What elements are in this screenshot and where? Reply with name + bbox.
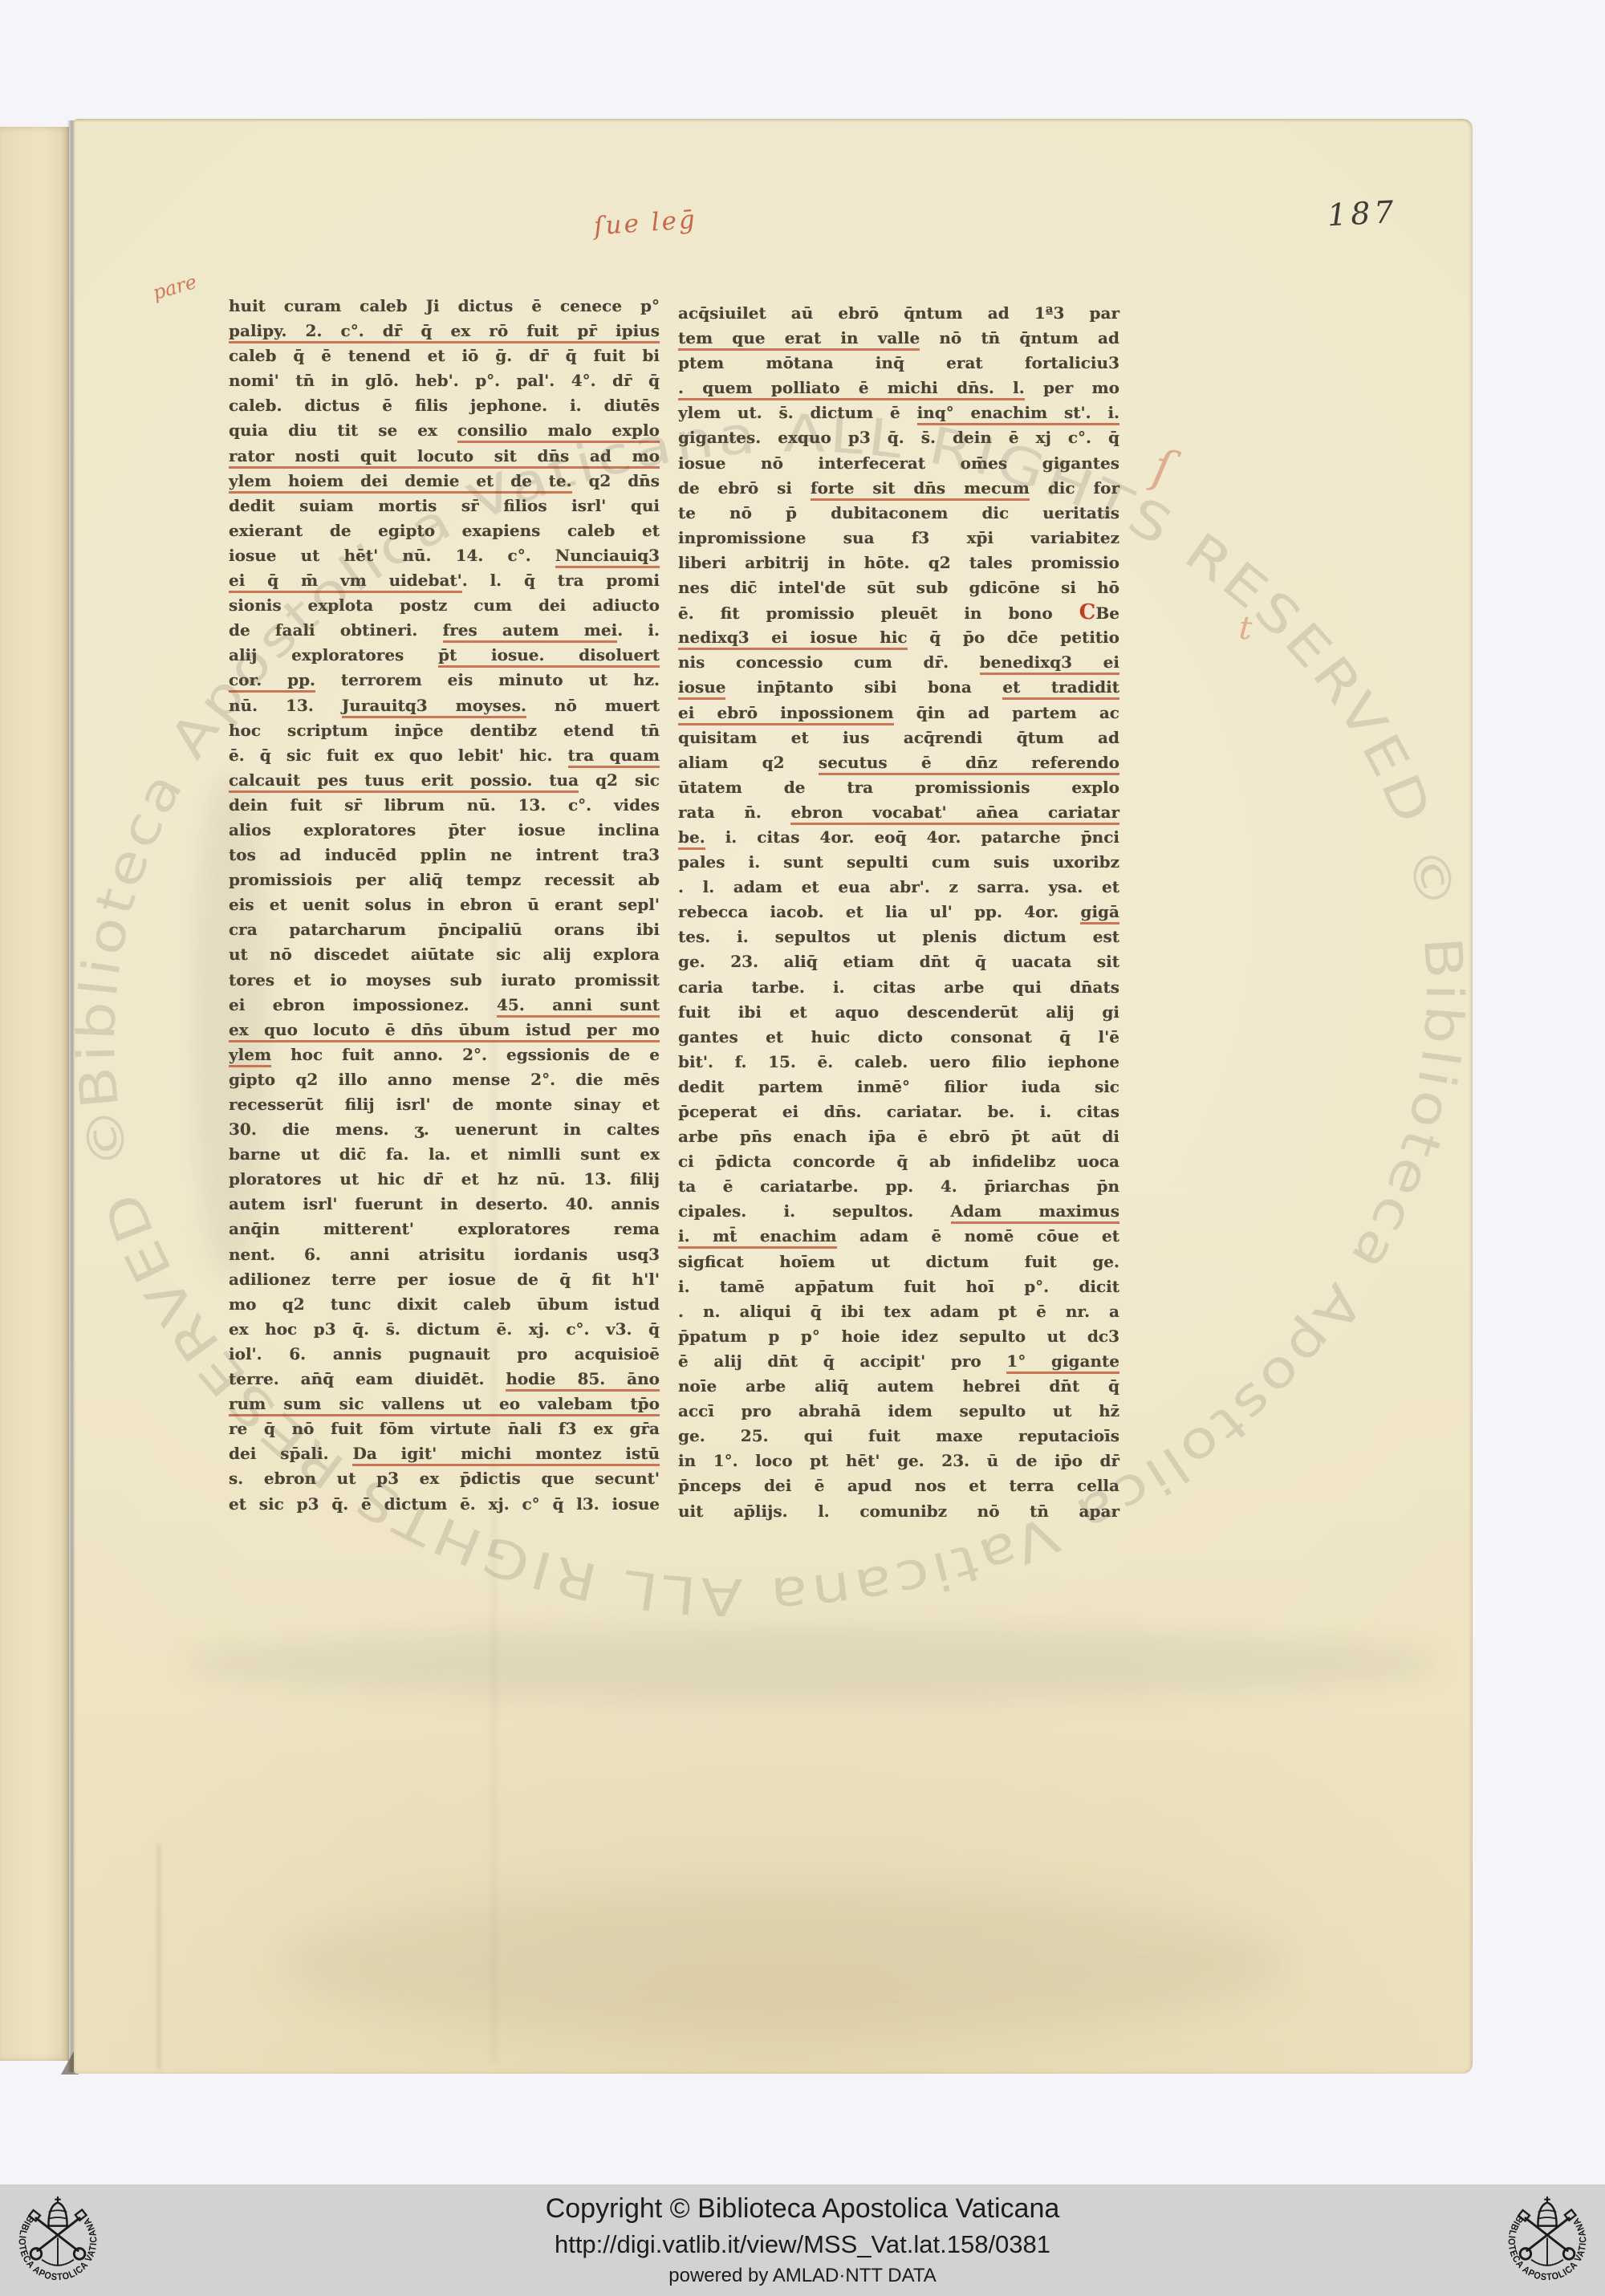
- manuscript-text: dei sp̄ali.: [229, 1444, 352, 1463]
- manuscript-text: alij exploratores: [229, 645, 438, 664]
- manuscript-line: ei ebron impossionez. 45. anni sunt: [229, 993, 660, 1018]
- manuscript-line: exierant de egipto exapiens caleb et: [229, 518, 660, 543]
- manuscript-line: iosue ut hēt' nū. 14. c°. Nunciauiq3: [229, 543, 660, 568]
- manuscript-line: ylem hoc fuit anno. 2°. egssionis de e: [229, 1042, 660, 1067]
- rubricated-underline-text: tra quam: [568, 746, 660, 768]
- manuscript-text: ē. fit promissio pleuēt in bono: [678, 603, 1079, 623]
- manuscript-line: rebecca iacob. et lia ul' pp. 4or. gigā: [678, 900, 1119, 924]
- manuscript-text: ūtatem de tra promissionis explo: [678, 778, 1119, 797]
- manuscript-text: nū. 13.: [229, 696, 342, 715]
- manuscript-line: ploratores ut hic dr̄ et hz nū. 13. fili…: [229, 1167, 660, 1192]
- manuscript-line: 30. die mens. ʒ. uenerunt in caltes: [229, 1117, 660, 1142]
- manuscript-line: uit ap̄lijs. l. comunibz nō tn̄ apar: [678, 1499, 1119, 1524]
- manuscript-text: Be: [1095, 603, 1119, 623]
- manuscript-text: nomi' tn̄ in glō. heb'. p°. pal'. 4°. dr…: [229, 371, 660, 390]
- manuscript-text: cipales. i. sepultos.: [678, 1201, 951, 1221]
- manuscript-text: ex hoc p3 q̄. s̄. dictum ē. xj. c°. v3. …: [229, 1319, 660, 1339]
- rubricated-underline-text: consilio malo explo: [457, 421, 660, 443]
- manuscript-line: terre. an̄q̄ eam diuidēt. hodie 85. āno: [229, 1367, 660, 1392]
- manuscript-line: . l. adam et eua abr'. z sarra. ysa. et: [678, 875, 1119, 900]
- manuscript-text: nent. 6. anni atrisitu iordanis usq3: [229, 1245, 660, 1264]
- rubricated-underline-text: gigā: [1080, 902, 1119, 924]
- rubricated-underline-text: rator nosti quit locuto sit dn̄s ad mo: [229, 446, 660, 469]
- manuscript-line: promissiois per aliq̄ tempz recessit ab: [229, 868, 660, 892]
- manuscript-line: ex hoc p3 q̄. s̄. dictum ē. xj. c°. v3. …: [229, 1317, 660, 1342]
- manuscript-text: arbe pn̄s enach ip̄a ē ebrō p̄t aūt di: [678, 1127, 1119, 1146]
- rubricated-underline-text: ei q̄ m̄ vm uidebat': [229, 571, 462, 593]
- manuscript-text: i. citas 4or. eoq̄ 4or. patarche p̄nci: [705, 827, 1119, 847]
- manuscript-line: rum sum sic vallens ut eo valebam tp̄o: [229, 1392, 660, 1416]
- manuscript-text: ge. 25. qui fuit maxe reputacioīs: [678, 1426, 1119, 1445]
- manuscript-text: ylem ut. s̄. dictum ē: [678, 403, 917, 422]
- manuscript-text: terre. an̄q̄ eam diuidēt.: [229, 1369, 506, 1388]
- manuscript-text: terrorem eis minuto ut hz.: [315, 670, 660, 689]
- manuscript-line: alij exploratores p̄t iosue. disoluert: [229, 643, 660, 668]
- manuscript-line: rator nosti quit locuto sit dn̄s ad mo: [229, 444, 660, 469]
- manuscript-line: caleb q̄ ē tenend et iō ḡ. dr̄ q̄ fuit b…: [229, 343, 660, 368]
- parchment-page: ſue leḡ 187 pare ſ t huit curam caleb Ji…: [74, 119, 1473, 2074]
- folio-number: 187: [1327, 194, 1399, 234]
- manuscript-text: iol'. 6. annis pugnauit pro acquisioē: [229, 1344, 660, 1363]
- manuscript-text: et sic p3 q̄. ē dictum ē. xj. c° q̄ l3. …: [229, 1494, 660, 1514]
- manuscript-text: gantes et huic dicto consonat q̄ l'ē: [678, 1027, 1119, 1046]
- manuscript-text: gigantes. exquo p3 q̄. s̄. dein ē xj c°.…: [678, 428, 1119, 447]
- manuscript-line: gigantes. exquo p3 q̄. s̄. dein ē xj c°.…: [678, 425, 1119, 450]
- manuscript-line: tes. i. sepultos ut plenis dictum est: [678, 924, 1119, 949]
- manuscript-text: uit ap̄lijs. l. comunibz nō tn̄ apar: [678, 1502, 1119, 1521]
- manuscript-line: eis et uenit solus in ebron ū erant sepl…: [229, 892, 660, 917]
- manuscript-text: ē alij dn̄t q̄ accipit' pro: [678, 1351, 1006, 1371]
- manuscript-line: ei ebrō inpossionem q̄in ad partem ac: [678, 701, 1119, 725]
- manuscript-text: anq̄in mitterent' exploratores rema: [229, 1219, 660, 1238]
- manuscript-text: dedit partem inmē° filior iuda sic: [678, 1077, 1119, 1096]
- running-title-rubric: ſue leḡ: [593, 205, 698, 242]
- manuscript-text: bit'. f. 15. ē. caleb. uero filio iephon…: [678, 1052, 1119, 1071]
- manuscript-text: q̄in ad partem ac: [894, 703, 1119, 722]
- manuscript-line: palipy. 2. c°. dr̄ q̄ ex rō fuit pr̄ ipi…: [229, 319, 660, 343]
- manuscript-text: caleb q̄ ē tenend et iō ḡ. dr̄ q̄ fuit b…: [229, 346, 660, 365]
- manuscript-line: gantes et huic dicto consonat q̄ l'ē: [678, 1025, 1119, 1050]
- manuscript-line: de faali obtineri. fres autem mei. i.: [229, 618, 660, 643]
- parchment-fold-shadow: [282, 1892, 1286, 2037]
- manuscript-text: aliam q2: [678, 753, 819, 772]
- manuscript-text: per mo: [1025, 378, 1119, 397]
- manuscript-line: arbe pn̄s enach ip̄a ē ebrō p̄t aūt di: [678, 1124, 1119, 1149]
- manuscript-line: bit'. f. 15. ē. caleb. uero filio iephon…: [678, 1050, 1119, 1075]
- manuscript-text: sigficat hoīem ut dictum fuit ge.: [678, 1252, 1119, 1271]
- manuscript-line: re q̄ nō fuit fōm virtute n̄ali f3 ex gr…: [229, 1416, 660, 1441]
- rubricated-underline-text: Jurauitq3 moyses.: [342, 696, 526, 718]
- rubricated-underline-text: benedixq3 ei: [980, 652, 1119, 675]
- manuscript-line: caria tarbe. i. citas arbe qui dn̄ats: [678, 975, 1119, 1000]
- manuscript-text: iosue nō interfecerat om̄es gigantes: [678, 453, 1119, 473]
- manuscript-line: . n. aliqui q̄ ibi tex adam pt ē nr. a: [678, 1299, 1119, 1324]
- manuscript-text: ptem mōtana inq̄ erat fortaliciu3: [678, 353, 1119, 372]
- footer-copyright: Copyright © Biblioteca Apostolica Vatica…: [546, 2193, 1060, 2225]
- manuscript-line: alios exploratores p̄ter iosue inclina: [229, 818, 660, 843]
- rubricated-underline-text: Nunciauiq3: [555, 546, 660, 568]
- manuscript-line: de ebrō si forte sit dn̄s mecum dic for: [678, 476, 1119, 501]
- papal-tiara-crossed-keys-icon: [1518, 2197, 1575, 2266]
- manuscript-line: ei q̄ m̄ vm uidebat'. l. q̄ tra promi: [229, 568, 660, 593]
- rubricated-underline-text: Da igit' michi montez istū: [352, 1444, 660, 1466]
- manuscript-text: dein fuit sr̄ librum nū. 13. c°. vides: [229, 795, 660, 815]
- manuscript-text: caria tarbe. i. citas arbe qui dn̄ats: [678, 977, 1119, 997]
- manuscript-text: pales i. sunt sepulti cum suis uxoribz: [678, 852, 1119, 872]
- parchment-streak: [157, 1844, 160, 2069]
- rubricated-underline-text: i. mt̄ enachim: [678, 1226, 837, 1249]
- manuscript-line: tos ad inducēd pplin ne intrent tra3: [229, 843, 660, 868]
- manuscript-line: inpromissione sua f3 xp̄i variabitez: [678, 526, 1119, 551]
- manuscript-line: ta ē cariatarbe. pp. 4. p̄riarchas p̄n: [678, 1174, 1119, 1199]
- manuscript-line: te nō p̄ dubitaconem dic ueritatis: [678, 501, 1119, 526]
- manuscript-text: ē. q̄ sic fuit ex quo lebit' hic.: [229, 746, 568, 765]
- manuscript-line: nes dic̄ intel'de sūt sub gdicōne si hō: [678, 575, 1119, 600]
- manuscript-text: fuit ibi et aquo descenderūt alij gi: [678, 1002, 1119, 1022]
- manuscript-line: dedit partem inmē° filior iuda sic: [678, 1075, 1119, 1099]
- manuscript-line: liberi arbitrij in hōte. q2 tales promis…: [678, 551, 1119, 575]
- manuscript-text: ci p̄dicta concorde q̄ ab infidelibz uoc…: [678, 1152, 1119, 1171]
- manuscript-line: quia diu tit se ex consilio malo explo: [229, 418, 660, 443]
- rubricated-underline-text: ex quo locuto ē dn̄s ūbum istud per mo: [229, 1020, 660, 1042]
- manuscript-line: hoc scriptum inp̄ce dentibz etend tn̄: [229, 718, 660, 743]
- manuscript-text: p̄nceps dei ē apud nos et terra cella: [678, 1476, 1119, 1495]
- manuscript-text: . n. aliqui q̄ ibi tex adam pt ē nr. a: [678, 1302, 1119, 1321]
- rubricated-underline-text: 45. anni sunt: [497, 995, 660, 1018]
- manuscript-text: tores et io moyses sub iurato promissit: [229, 970, 660, 990]
- manuscript-text: noīe arbe aliq̄ autem hebrei dn̄t q̄: [678, 1376, 1119, 1396]
- manuscript-text: ploratores ut hic dr̄ et hz nū. 13. fili…: [229, 1169, 660, 1189]
- manuscript-line: ptem mōtana inq̄ erat fortaliciu3: [678, 351, 1119, 376]
- rubricated-underline-text: Adam maximus: [951, 1201, 1119, 1224]
- rubricated-underline-text: ei ebrō inpossionem: [678, 703, 894, 725]
- rubricated-underline-text: be.: [678, 827, 705, 850]
- rubricated-underline-text: ebron vocabat' an̄ea cariatar: [790, 803, 1119, 825]
- manuscript-text: nō tn̄ q̄ntum ad: [920, 328, 1119, 347]
- manuscript-text: de ebrō si: [678, 478, 811, 498]
- manuscript-text: p̄ceperat ei dn̄s. cariatar. be. i. cita…: [678, 1102, 1119, 1121]
- manuscript-text: nō muert: [526, 696, 660, 715]
- manuscript-text: p̄patum p p° hoie idez sepulto ut dc3: [678, 1327, 1119, 1346]
- manuscript-text: hoc fuit anno. 2°. egssionis de e: [271, 1045, 660, 1064]
- manuscript-line: cor. pp. terrorem eis minuto ut hz.: [229, 668, 660, 693]
- rubricated-underline-text: hodie 85. āno: [506, 1369, 660, 1392]
- manuscript-line: nis concessio cum dr̄. benedixq3 ei: [678, 650, 1119, 675]
- manuscript-text: te nō p̄ dubitaconem dic ueritatis: [678, 503, 1119, 522]
- manuscript-text: alios exploratores p̄ter iosue inclina: [229, 820, 660, 839]
- manuscript-line: ut nō discedet aiūtate sic alij explora: [229, 942, 660, 967]
- manuscript-line: huit curam caleb Ji dictus ē cenece p°: [229, 294, 660, 319]
- rubricated-underline-text: rum sum sic vallens ut eo valebam tp̄o: [229, 1394, 660, 1416]
- manuscript-text: 30. die mens. ʒ. uenerunt in caltes: [229, 1120, 660, 1139]
- manuscript-text: caleb. dictus ē filis jephone. i. diutēs: [229, 396, 660, 415]
- manuscript-line: ex quo locuto ē dn̄s ūbum istud per mo: [229, 1018, 660, 1042]
- manuscript-text: ge. 23. aliq̄ etiam dn̄t q̄ uacata sit: [678, 952, 1119, 971]
- manuscript-line: ē. q̄ sic fuit ex quo lebit' hic. tra qu…: [229, 743, 660, 768]
- footer-url: http://digi.vatlib.it/view/MSS_Vat.lat.1…: [555, 2230, 1050, 2259]
- manuscript-text: huit curam caleb Ji dictus ē cenece p°: [229, 296, 660, 315]
- facing-folio-edge: [0, 127, 69, 2061]
- manuscript-line: tores et io moyses sub iurato promissit: [229, 968, 660, 993]
- rubricated-underline-text: secutus ē dn̄z referendo: [819, 753, 1119, 775]
- manuscript-line: nū. 13. Jurauitq3 moyses. nō muert: [229, 693, 660, 718]
- manuscript-text: s. ebron ut p3 ex p̄dictis que secunt': [229, 1469, 660, 1488]
- manuscript-line: i. mt̄ enachim adam ē nomē cōue et: [678, 1224, 1119, 1249]
- manuscript-line: iosue nō interfecerat om̄es gigantes: [678, 451, 1119, 476]
- manuscript-text: tos ad inducēd pplin ne intrent tra3: [229, 845, 660, 864]
- manuscript-line: tem que erat in valle nō tn̄ q̄ntum ad: [678, 326, 1119, 351]
- manuscript-text: dedit suiam mortis sr̄ filios isrl' qui: [229, 496, 660, 515]
- manuscript-text: q2 sic: [579, 770, 660, 790]
- manuscript-line: adilionez terre per iosue de q̄ fit h'l': [229, 1267, 660, 1292]
- manuscript-text: rata n̄.: [678, 803, 790, 822]
- rubricated-underline-text: iosue: [678, 677, 725, 700]
- manuscript-text: de faali obtineri.: [229, 620, 443, 640]
- manuscript-line: sigficat hoīem ut dictum fuit ge.: [678, 1250, 1119, 1274]
- manuscript-text: barne ut dic̄ fa. la. et nimlli sunt ex: [229, 1144, 660, 1164]
- manuscript-line: quisitam et ius acq̄rendi q̄tum ad: [678, 725, 1119, 750]
- manuscript-line: ē. fit promissio pleuēt in bono CBe: [678, 600, 1119, 625]
- manuscript-text: ei ebron impossionez.: [229, 995, 497, 1014]
- manuscript-line: aliam q2 secutus ē dn̄z referendo: [678, 750, 1119, 775]
- rubricated-underline-text: tem que erat in valle: [678, 328, 920, 351]
- marginal-note-rubric: pare: [150, 270, 199, 304]
- rubricated-underline-text: cor. pp.: [229, 670, 315, 693]
- manuscript-text: rebecca iacob. et lia ul' pp. 4or.: [678, 902, 1080, 921]
- manuscript-line: p̄nceps dei ē apud nos et terra cella: [678, 1473, 1119, 1498]
- manuscript-text: gipto q2 illo anno mense 2°. die mēs: [229, 1070, 660, 1089]
- manuscript-text: nis concessio cum dr̄.: [678, 652, 980, 672]
- manuscript-text: liberi arbitrij in hōte. q2 tales promis…: [678, 553, 1119, 572]
- manuscript-text: . l. q̄ tra promi: [462, 571, 660, 590]
- footer-text-block: Copyright © Biblioteca Apostolica Vatica…: [0, 2184, 1605, 2296]
- marginal-red-mark: t: [1237, 609, 1253, 647]
- manuscript-line: be. i. citas 4or. eoq̄ 4or. patarche p̄n…: [678, 825, 1119, 850]
- manuscript-text: adam ē nomē cōue et: [837, 1226, 1119, 1246]
- manuscript-line: mo q2 tunc dixit caleb ūbum istud: [229, 1292, 660, 1317]
- text-column-left: huit curam caleb Ji dictus ē cenece p°pa…: [229, 294, 660, 1517]
- manuscript-text: hoc scriptum inp̄ce dentibz etend tn̄: [229, 721, 660, 740]
- manuscript-line: . quem polliato ē michi dn̄s. l. per mo: [678, 376, 1119, 400]
- manuscript-line: acq̄siuilet aū ebrō q̄ntum ad 1ª3 par: [678, 301, 1119, 326]
- manuscript-text: autem isrl' fuerunt in deserto. 40. anni…: [229, 1194, 660, 1213]
- manuscript-text: q̄ p̄o dc̄e petitio: [908, 628, 1119, 647]
- manuscript-text: ut nō discedet aiūtate sic alij explora: [229, 945, 660, 964]
- rubricated-underline-text: calcauit pes tuus erit possio. tua: [229, 770, 579, 793]
- manuscript-text: iosue ut hēt' nū. 14. c°.: [229, 546, 555, 565]
- manuscript-line: et sic p3 q̄. ē dictum ē. xj. c° q̄ l3. …: [229, 1492, 660, 1517]
- rubricated-underline-text: 1° gigante: [1006, 1351, 1119, 1374]
- manuscript-text: q2 dn̄s: [572, 471, 660, 490]
- manuscript-line: ūtatem de tra promissionis explo: [678, 775, 1119, 800]
- footer-powered-by: powered by AMLAD·NTT DATA: [668, 2265, 936, 2287]
- manuscript-line: s. ebron ut p3 ex p̄dictis que secunt': [229, 1466, 660, 1491]
- manuscript-line: i. tamē app̄atum fuit hoī p°. dicit: [678, 1274, 1119, 1299]
- manuscript-scan-page: ſue leḡ 187 pare ſ t huit curam caleb Ji…: [0, 0, 1605, 2296]
- manuscript-line: cra patarcharum p̄ncipaliū orans ibi: [229, 917, 660, 942]
- manuscript-line: ge. 25. qui fuit maxe reputacioīs: [678, 1424, 1119, 1449]
- manuscript-line: nent. 6. anni atrisitu iordanis usq3: [229, 1242, 660, 1267]
- manuscript-line: gipto q2 illo anno mense 2°. die mēs: [229, 1067, 660, 1092]
- red-paragraph-mark: C: [1079, 600, 1096, 624]
- manuscript-line: iol'. 6. annis pugnauit pro acquisioē: [229, 1342, 660, 1367]
- manuscript-line: p̄ceperat ei dn̄s. cariatar. be. i. cita…: [678, 1099, 1119, 1124]
- manuscript-line: dei sp̄ali. Da igit' michi montez istū: [229, 1441, 660, 1466]
- manuscript-line: noīe arbe aliq̄ autem hebrei dn̄t q̄: [678, 1374, 1119, 1399]
- manuscript-text: exierant de egipto exapiens caleb et: [229, 521, 660, 540]
- manuscript-line: nedixq3 ei iosue hic q̄ p̄o dc̄e petitio: [678, 625, 1119, 650]
- rubricated-underline-text: palipy. 2. c°. dr̄ q̄ ex rō fuit pr̄ ipi…: [229, 321, 660, 343]
- manuscript-text: recesserūt filij isrl' de monte sinay et: [229, 1095, 660, 1114]
- manuscript-line: autem isrl' fuerunt in deserto. 40. anni…: [229, 1192, 660, 1217]
- manuscript-line: rata n̄. ebron vocabat' an̄ea cariatar: [678, 800, 1119, 825]
- manuscript-text: re q̄ nō fuit fōm virtute n̄ali f3 ex gr…: [229, 1419, 660, 1438]
- manuscript-line: recesserūt filij isrl' de monte sinay et: [229, 1092, 660, 1117]
- rubricated-underline-text: ylem: [229, 1045, 271, 1067]
- manuscript-line: anq̄in mitterent' exploratores rema: [229, 1217, 660, 1241]
- parchment-stain: [186, 1628, 1438, 1700]
- manuscript-line: sionis explota postz cum dei adiucto: [229, 593, 660, 618]
- manuscript-text: mo q2 tunc dixit caleb ūbum istud: [229, 1294, 660, 1314]
- manuscript-text: cra patarcharum p̄ncipaliū orans ibi: [229, 920, 660, 939]
- manuscript-text: sionis explota postz cum dei adiucto: [229, 595, 660, 615]
- manuscript-line: ylem ut. s̄. dictum ē inq° enachim st'. …: [678, 400, 1119, 425]
- viewer-footer-bar: BIBLIOTECA APOSTOLICA VATICANA Copyright…: [0, 2184, 1605, 2296]
- manuscript-line: nomi' tn̄ in glō. heb'. p°. pal'. 4°. dr…: [229, 368, 660, 393]
- manuscript-line: accī pro abrahā idem sepulto ut hz̄: [678, 1399, 1119, 1424]
- manuscript-line: ge. 23. aliq̄ etiam dn̄t q̄ uacata sit: [678, 949, 1119, 974]
- manuscript-text: adilionez terre per iosue de q̄ fit h'l': [229, 1270, 660, 1289]
- marginal-red-mark: ſ: [1148, 439, 1176, 496]
- manuscript-text: tes. i. sepultos ut plenis dictum est: [678, 927, 1119, 946]
- manuscript-line: fuit ibi et aquo descenderūt alij gi: [678, 1000, 1119, 1025]
- manuscript-text: inp̄tanto sibi bona: [725, 677, 1002, 697]
- manuscript-line: barne ut dic̄ fa. la. et nimlli sunt ex: [229, 1142, 660, 1167]
- manuscript-line: ci p̄dicta concorde q̄ ab infidelibz uoc…: [678, 1149, 1119, 1174]
- manuscript-line: p̄patum p p° hoie idez sepulto ut dc3: [678, 1324, 1119, 1349]
- rubricated-underline-text: et tradidit: [1002, 677, 1119, 700]
- manuscript-line: dein fuit sr̄ librum nū. 13. c°. vides: [229, 793, 660, 818]
- rubricated-underline-text: inq° enachim st'. i.: [917, 403, 1119, 425]
- manuscript-line: dedit suiam mortis sr̄ filios isrl' qui: [229, 494, 660, 518]
- manuscript-line: ē alij dn̄t q̄ accipit' pro 1° gigante: [678, 1349, 1119, 1374]
- manuscript-text: inpromissione sua f3 xp̄i variabitez: [678, 528, 1119, 547]
- rubricated-underline-text: ylem hoiem dei demie et de te.: [229, 471, 572, 494]
- manuscript-line: caleb. dictus ē filis jephone. i. diutēs: [229, 393, 660, 418]
- rubricated-underline-text: forte sit dn̄s mecum: [811, 478, 1030, 501]
- rubricated-underline-text: fres autem mei: [443, 620, 618, 643]
- manuscript-text: dic for: [1030, 478, 1119, 498]
- manuscript-line: in 1°. loco pt hēt' ge. 23. ū de ip̄o dr…: [678, 1449, 1119, 1473]
- manuscript-line: calcauit pes tuus erit possio. tua q2 si…: [229, 768, 660, 793]
- manuscript-text: accī pro abrahā idem sepulto ut hz̄: [678, 1401, 1119, 1420]
- manuscript-text: . i.: [617, 620, 660, 640]
- manuscript-text: nes dic̄ intel'de sūt sub gdicōne si hō: [678, 578, 1119, 597]
- text-column-right: acq̄siuilet aū ebrō q̄ntum ad 1ª3 partem…: [678, 301, 1119, 1524]
- manuscript-text: eis et uenit solus in ebron ū erant sepl…: [229, 895, 660, 914]
- manuscript-text: quisitam et ius acq̄rendi q̄tum ad: [678, 728, 1119, 747]
- vatican-library-logo-right: BIBLIOTECA APOSTOLICA VATICANA: [1501, 2193, 1594, 2286]
- manuscript-line: cipales. i. sepultos. Adam maximus: [678, 1199, 1119, 1224]
- manuscript-text: . l. adam et eua abr'. z sarra. ysa. et: [678, 877, 1119, 896]
- manuscript-text: ta ē cariatarbe. pp. 4. p̄riarchas p̄n: [678, 1176, 1119, 1196]
- manuscript-text: acq̄siuilet aū ebrō q̄ntum ad 1ª3 par: [678, 303, 1119, 323]
- rubricated-underline-text: p̄t iosue. disoluert: [438, 645, 660, 668]
- manuscript-line: ylem hoiem dei demie et de te. q2 dn̄s: [229, 469, 660, 494]
- manuscript-text: promissiois per aliq̄ tempz recessit ab: [229, 870, 660, 889]
- manuscript-text: in 1°. loco pt hēt' ge. 23. ū de ip̄o dr…: [678, 1451, 1119, 1470]
- manuscript-text: quia diu tit se ex: [229, 421, 457, 440]
- rubricated-underline-text: nedixq3 ei iosue hic: [678, 628, 908, 650]
- manuscript-line: pales i. sunt sepulti cum suis uxoribz: [678, 850, 1119, 875]
- manuscript-text: i. tamē app̄atum fuit hoī p°. dicit: [678, 1277, 1119, 1296]
- manuscript-line: iosue inp̄tanto sibi bona et tradidit: [678, 675, 1119, 700]
- rubricated-underline-text: . quem polliato ē michi dn̄s. l.: [678, 378, 1025, 400]
